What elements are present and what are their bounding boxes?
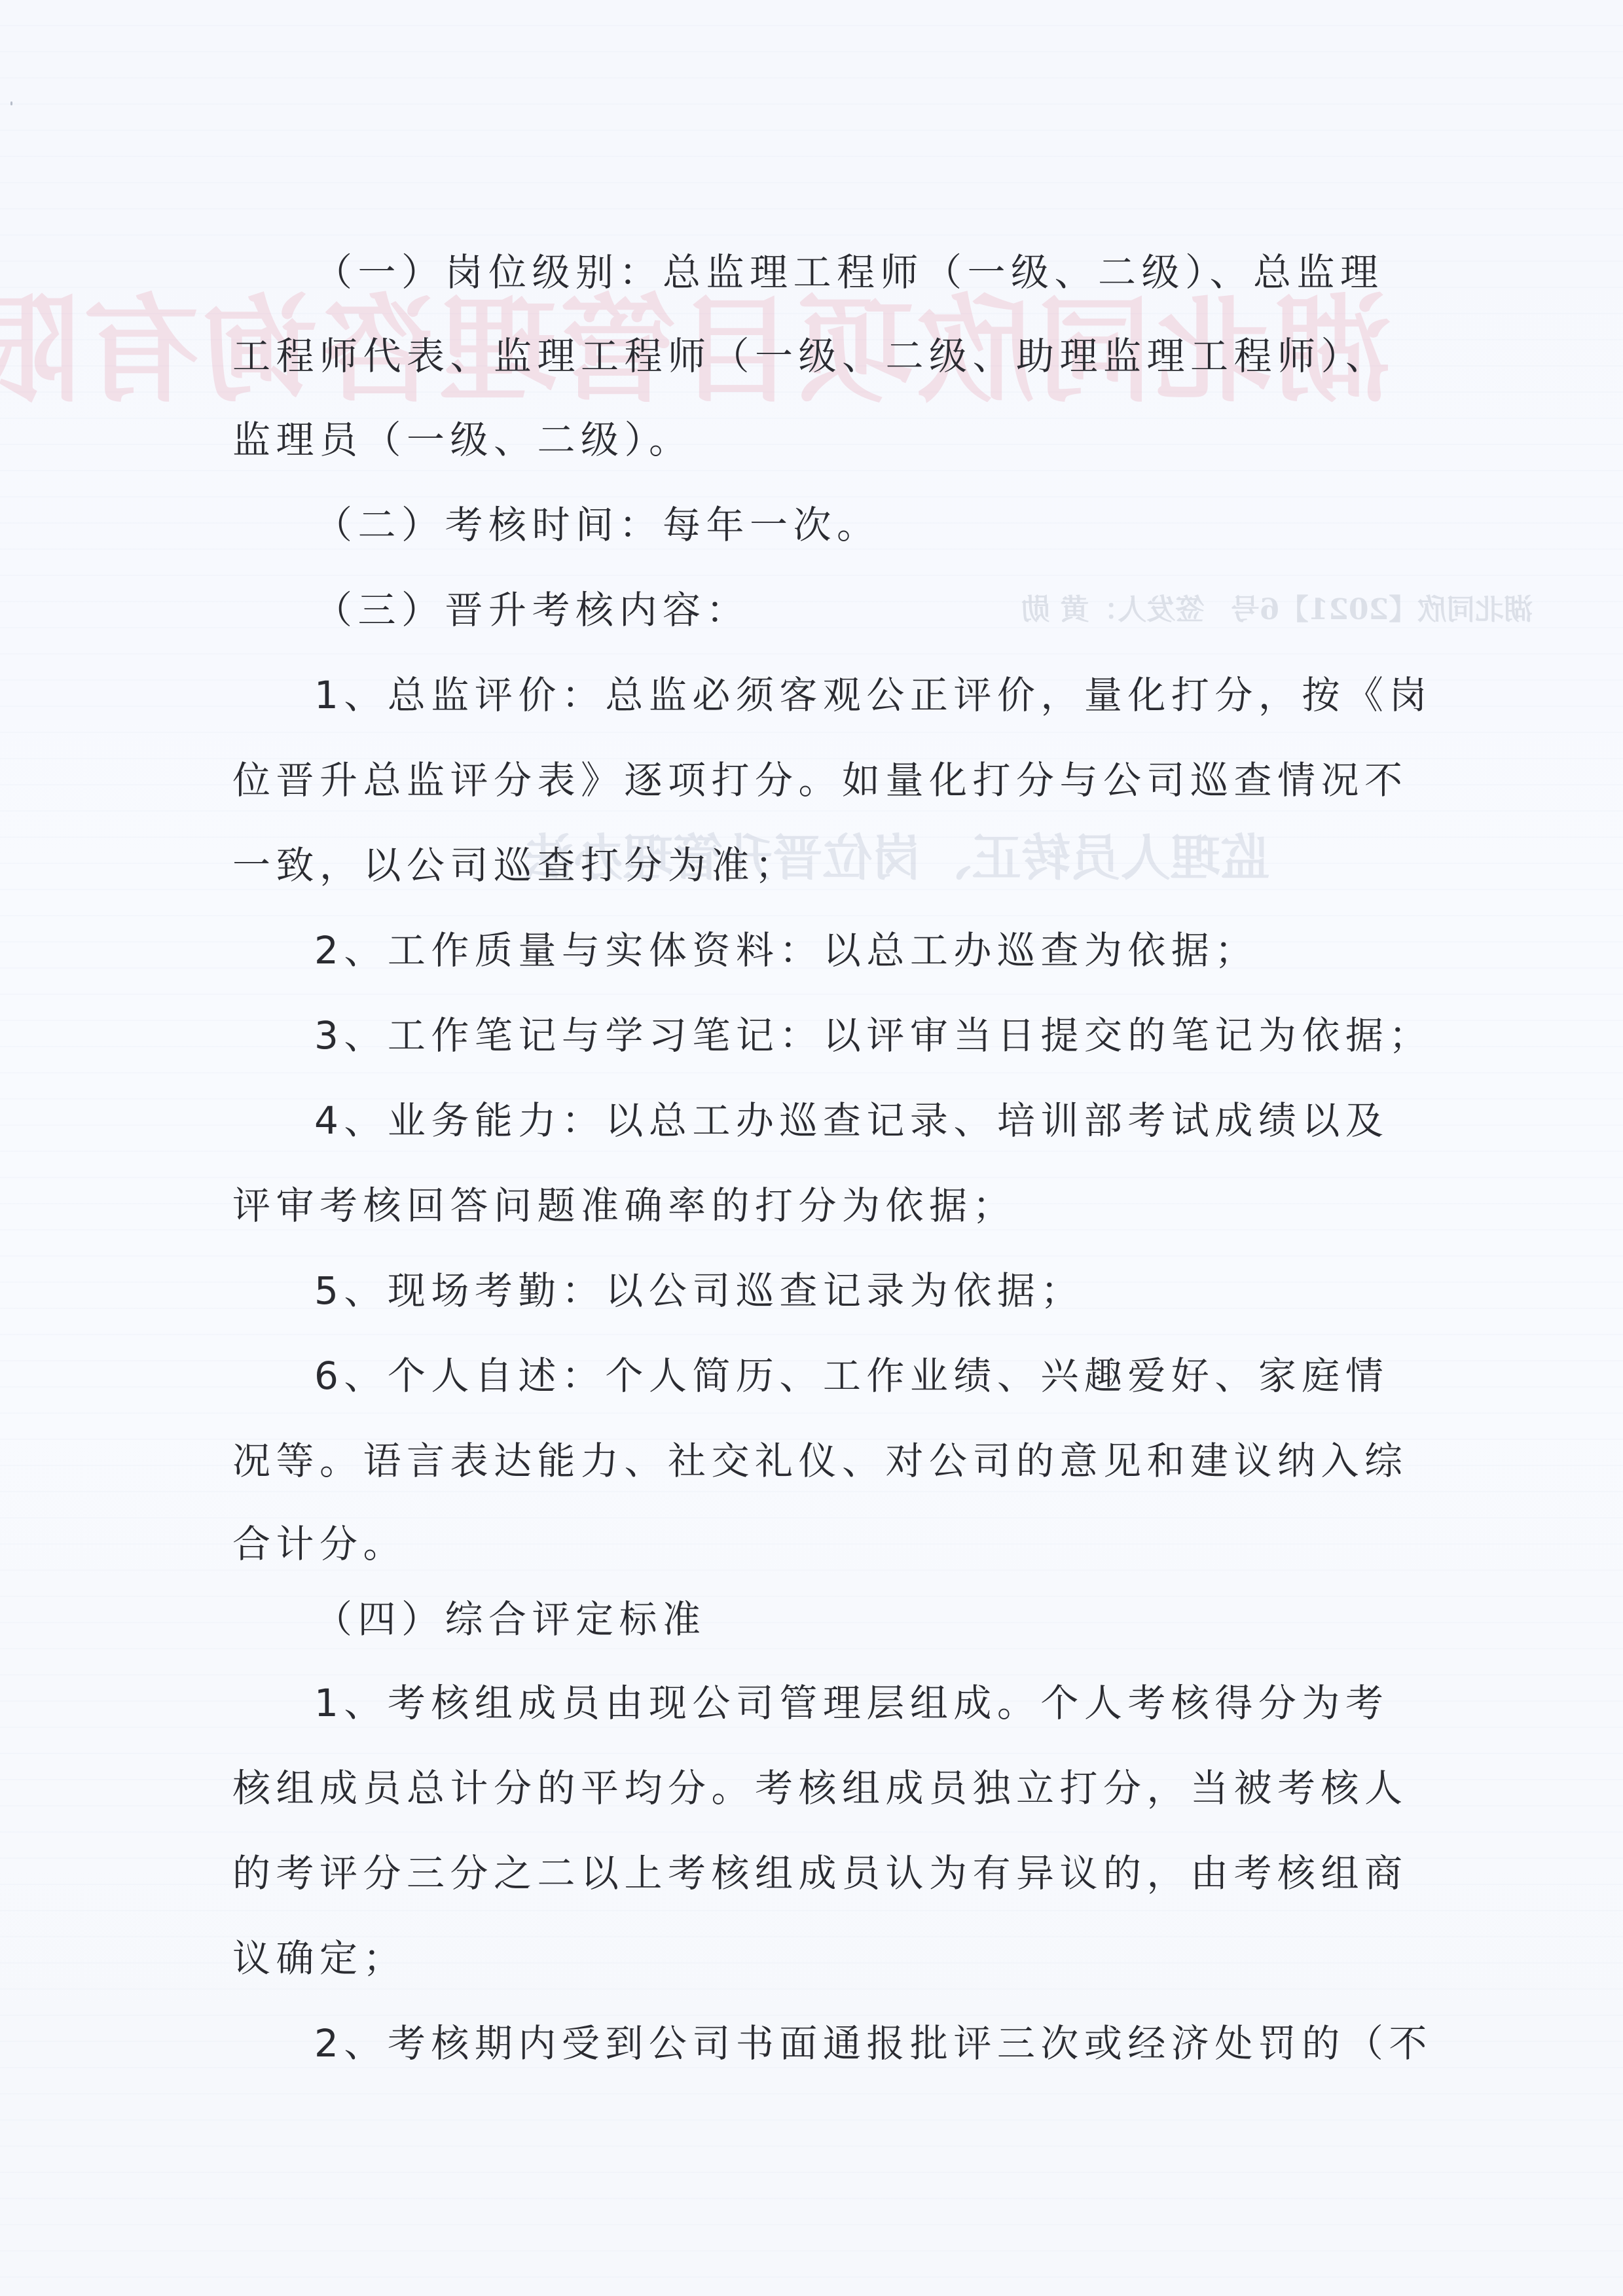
body-line: 5、现场考勤：以公司巡查记录为依据； [314, 1267, 1395, 1314]
body-line: （三）晋升考核内容： [314, 586, 1395, 634]
body-line: 3、工作笔记与学习笔记：以评审当日提交的笔记为依据； [314, 1012, 1395, 1059]
body-line: 评审考核回答问题准确率的打分为依据； [232, 1182, 1395, 1229]
body-line: 议确定； [232, 1935, 1395, 1982]
body-line: 监理员（一级、二级）。 [232, 416, 1395, 463]
body-line: 2、考核期内受到公司书面通报批评三次或经济处罚的（不 [314, 2020, 1395, 2067]
scan-speck [10, 101, 12, 105]
body-line: 核组成员总计分的平均分。考核组成员独立打分，当被考核人 [232, 1765, 1395, 1812]
body-line: 一致，以公司巡查打分为准； [232, 842, 1395, 889]
body-line: （二）考核时间：每年一次。 [314, 501, 1395, 548]
section-heading: （四）综合评定标准 [314, 1596, 1395, 1643]
body-line: （一）岗位级别：总监理工程师（一级、二级）、总监理 [314, 249, 1395, 296]
body-line: 6、个人自述：个人简历、工作业绩、兴趣爱好、家庭情 [314, 1352, 1395, 1399]
body-line: 合计分。 [232, 1520, 1395, 1568]
body-line: 工程师代表、监理工程师（一级、二级、助理监理工程师）、 [232, 332, 1395, 380]
scanned-page: 湖北同欣项目管理咨询有限公司 湖北同欣【2021】6号 签发人：黄 勋 监理人员… [0, 0, 1623, 2296]
body-line: 1、考核组成员由现公司管理层组成。个人考核得分为考 [314, 1679, 1395, 1727]
body-line: 况等。语言表达能力、社交礼仪、对公司的意见和建议纳入综 [232, 1437, 1395, 1484]
body-line: 1、总监评价：总监必须客观公正评价，量化打分，按《岗 [314, 672, 1395, 719]
body-line: 4、业务能力：以总工办巡查记录、培训部考试成绩以及 [314, 1097, 1395, 1144]
body-line: 2、工作质量与实体资料：以总工办巡查为依据； [314, 927, 1395, 974]
body-line: 位晋升总监评分表》逐项打分。如量化打分与公司巡查情况不 [232, 757, 1395, 804]
body-line: 的考评分三分之二以上考核组成员认为有异议的，由考核组商 [232, 1850, 1395, 1897]
